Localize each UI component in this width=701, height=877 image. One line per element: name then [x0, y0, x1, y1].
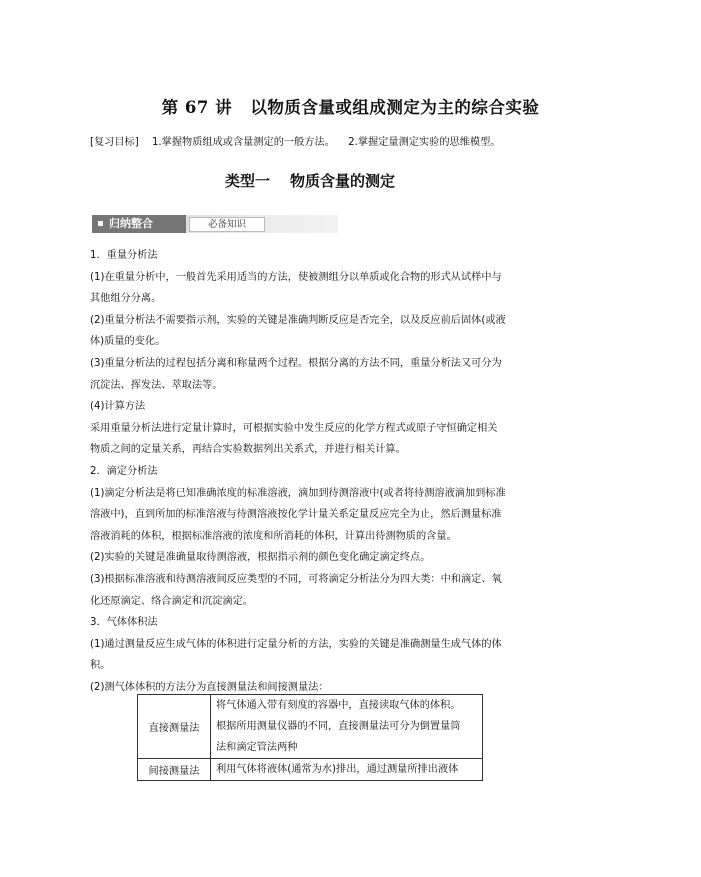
cell-line: 根据所用测量仪器的不同，直接测量法可分为倒置量筒 [216, 716, 477, 737]
table-row: 间接测量法 利用气体将液体(通常为水)排出，通过测量所排出液体 [138, 759, 483, 781]
badge-main: 归纳整合 [92, 215, 186, 233]
body-text: 1．重量分析法 (1)在重量分析中，一般首先采用适当的方法，使被测组分以单质或化… [90, 245, 535, 698]
review-goal-1: 1.掌握物质组成或含量测定的一般方法。 [152, 137, 335, 148]
table-cell-label: 直接测量法 [138, 695, 211, 759]
table-row: 直接测量法 将气体通入带有刻度的容器中，直接读取气体的体积。 根据所用测量仪器的… [138, 695, 483, 759]
document-page: 第 67 讲 以物质含量或组成测定为主的综合实验 [复习目标] 1.掌握物质组成… [0, 0, 701, 877]
table-cell-label: 间接测量法 [138, 759, 211, 781]
text-line: 采用重量分析法进行定量计算时，可根据实验中发生反应的化学方程式或原子守恒确定相关 [90, 418, 535, 440]
text-line: 积。 [90, 655, 535, 677]
text-line: 物质之间的定量关系，再结合实验数据列出关系式，并进行相关计算。 [90, 439, 535, 461]
section-type: 类型一 [225, 172, 270, 190]
review-goals: [复习目标] 1.掌握物质组成或含量测定的一般方法。 2.掌握定量测定实验的思维… [90, 133, 510, 148]
text-line: (3)根据标准溶液和待测溶液间反应类型的不同，可将滴定分析法分为四大类：中和滴定… [90, 569, 535, 591]
badge-main-label: 归纳整合 [109, 217, 153, 230]
lecture-title: 第 67 讲 以物质含量或组成测定为主的综合实验 [0, 94, 701, 118]
text-line: 1．重量分析法 [90, 245, 535, 267]
text-line: 其他组分分离。 [90, 288, 535, 310]
text-line: 溶液消耗的体积，根据标准溶液的浓度和所消耗的体积，计算出待测物质的含量。 [90, 526, 535, 548]
badge-sub: 必备知识 [189, 217, 265, 232]
text-line: (1)在重量分析中，一般首先采用适当的方法，使被测组分以单质或化合物的形式从试样… [90, 267, 535, 289]
text-line: 2．滴定分析法 [90, 461, 535, 483]
section-heading: 类型一物质含量的测定 [0, 170, 620, 191]
cell-line: 将气体通入带有刻度的容器中，直接读取气体的体积。 [216, 695, 477, 716]
text-line: 溶液中)，直到所加的标准溶液与待测溶液按化学计量关系定量反应完全为止，然后测量标… [90, 504, 535, 526]
cell-line: 利用气体将液体(通常为水)排出，通过测量所排出液体 [216, 759, 477, 780]
text-line: 沉淀法、挥发法、萃取法等。 [90, 375, 535, 397]
text-line: 体)质量的变化。 [90, 331, 535, 353]
text-line: (1)通过测量反应生成气体的体积进行定量分析的方法，实验的关键是准确测量生成气体… [90, 634, 535, 656]
review-goals-label: [复习目标] [90, 137, 139, 148]
text-line: (2)重量分析法不需要指示剂，实验的关键是准确判断反应是否完全，以及反应前后固体… [90, 310, 535, 332]
lecture-title-text: 以物质含量或组成测定为主的综合实验 [250, 98, 539, 117]
square-bullet-icon [98, 221, 103, 226]
text-line: 化还原滴定、络合滴定和沉淀滴定。 [90, 591, 535, 613]
table-cell-description: 将气体通入带有刻度的容器中，直接读取气体的体积。 根据所用测量仪器的不同，直接测… [211, 695, 483, 759]
text-line: 3．气体体积法 [90, 612, 535, 634]
text-line: (1)滴定分析法是将已知准确浓度的标准溶液，滴加到待测溶液中(或者将待测溶液滴加… [90, 483, 535, 505]
cell-line: 法和滴定管法两种 [216, 737, 477, 758]
section-heading-text: 物质含量的测定 [290, 172, 395, 190]
lecture-number: 第 67 讲 [162, 98, 232, 117]
gas-volume-methods-table: 直接测量法 将气体通入带有刻度的容器中，直接读取气体的体积。 根据所用测量仪器的… [137, 694, 483, 781]
table-cell-description: 利用气体将液体(通常为水)排出，通过测量所排出液体 [211, 759, 483, 781]
section-badge: 归纳整合 必备知识 [92, 215, 338, 233]
text-line: (3)重量分析法的过程包括分离和称量两个过程。根据分离的方法不同，重量分析法又可… [90, 353, 535, 375]
text-line: (4)计算方法 [90, 396, 535, 418]
text-line: (2)实验的关键是准确量取待测溶液，根据指示剂的颜色变化确定滴定终点。 [90, 547, 535, 569]
review-goal-2: 2.掌握定量测定实验的思维模型。 [348, 137, 500, 148]
